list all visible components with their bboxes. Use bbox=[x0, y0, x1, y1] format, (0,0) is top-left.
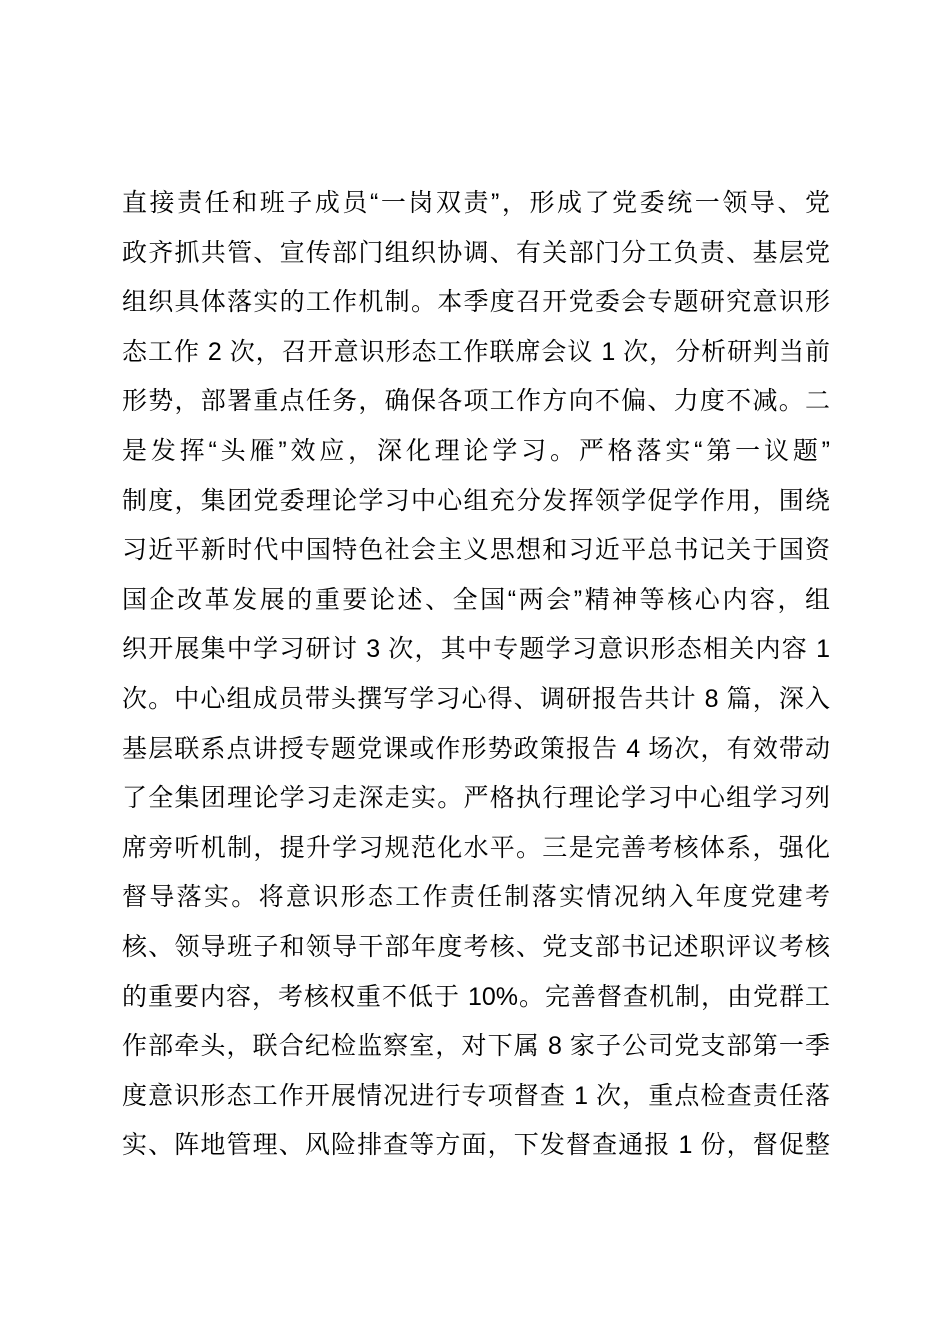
text-line: 席旁听机制，提升学习规范化水平。三是完善考核体系，强化 bbox=[122, 824, 830, 874]
text-line: 实、阵地管理、风险排查等方面，下发督查通报 1 份，督促整 bbox=[122, 1121, 830, 1171]
text-line: 基层联系点讲授专题党课或作形势政策报告 4 场次，有效带动 bbox=[122, 725, 830, 775]
text-line: 态工作 2 次，召开意识形态工作联席会议 1 次，分析研判当前 bbox=[122, 328, 830, 378]
document-text-block: 直接责任和班子成员“一岗双责”，形成了党委统一领导、党政齐抓共管、宣传部门组织协… bbox=[122, 179, 830, 1171]
text-line: 了全集团理论学习走深走实。严格执行理论学习中心组学习列 bbox=[122, 774, 830, 824]
text-line: 是发挥“头雁”效应，深化理论学习。严格落实“第一议题” bbox=[122, 427, 830, 477]
text-line: 次。中心组成员带头撰写学习心得、调研报告共计 8 篇，深入 bbox=[122, 675, 830, 725]
text-line: 国企改革发展的重要论述、全国“两会”精神等核心内容，组 bbox=[122, 576, 830, 626]
text-line: 形势，部署重点任务，确保各项工作方向不偏、力度不减。二 bbox=[122, 377, 830, 427]
text-line: 核、领导班子和领导干部年度考核、党支部书记述职评议考核 bbox=[122, 923, 830, 973]
document-page: 直接责任和班子成员“一岗双责”，形成了党委统一领导、党政齐抓共管、宣传部门组织协… bbox=[0, 0, 950, 1344]
text-line: 组织具体落实的工作机制。本季度召开党委会专题研究意识形 bbox=[122, 278, 830, 328]
text-line: 度意识形态工作开展情况进行专项督查 1 次，重点检查责任落 bbox=[122, 1072, 830, 1122]
text-line: 的重要内容，考核权重不低于 10%。完善督查机制，由党群工 bbox=[122, 973, 830, 1023]
text-line: 织开展集中学习研讨 3 次，其中专题学习意识形态相关内容 1 bbox=[122, 625, 830, 675]
text-line: 直接责任和班子成员“一岗双责”，形成了党委统一领导、党 bbox=[122, 179, 830, 229]
text-line: 作部牵头，联合纪检监察室，对下属 8 家子公司党支部第一季 bbox=[122, 1022, 830, 1072]
text-line: 政齐抓共管、宣传部门组织协调、有关部门分工负责、基层党 bbox=[122, 229, 830, 279]
text-line: 习近平新时代中国特色社会主义思想和习近平总书记关于国资 bbox=[122, 526, 830, 576]
text-line: 督导落实。将意识形态工作责任制落实情况纳入年度党建考 bbox=[122, 873, 830, 923]
text-line: 制度，集团党委理论学习中心组充分发挥领学促学作用，围绕 bbox=[122, 477, 830, 527]
